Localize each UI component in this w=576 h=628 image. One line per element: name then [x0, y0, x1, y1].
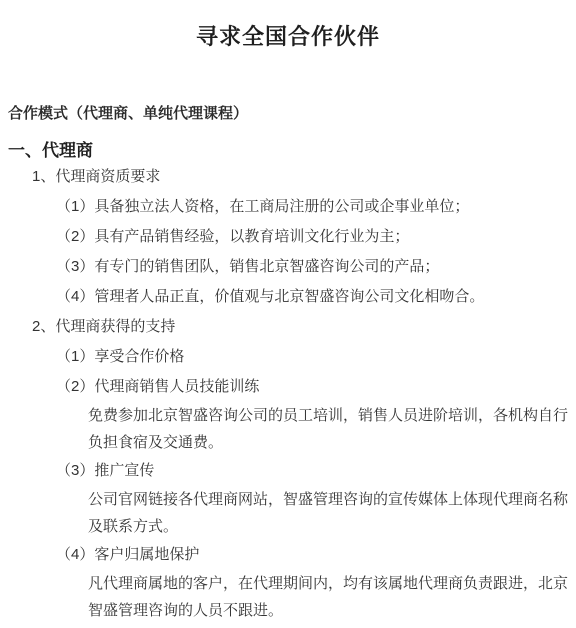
support-item-3-detail-line-2: 及联系方式。 [8, 513, 568, 540]
support-item-2: （2）代理商销售人员技能训练 [8, 372, 568, 402]
support-item-2-detail-line-2: 负担食宿及交通费。 [8, 429, 568, 456]
support-item-4-detail-line-1: 凡代理商属地的客户，在代理期间内，均有该属地代理商负责跟进，北京 [8, 570, 568, 597]
support-item-4-detail-line-2: 智盛管理咨询的人员不跟进。 [8, 597, 568, 624]
qualification-item-2: （2）具有产品销售经验，以教育培训文化行业为主； [8, 222, 568, 252]
qualification-item-4: （4）管理者人品正直，价值观与北京智盛咨询公司文化相吻合。 [8, 282, 568, 312]
doc-title: 寻求全国合作伙伴 [8, 24, 568, 50]
document-page: 寻求全国合作伙伴 合作模式（代理商、单纯代理课程） 一、代理商 1、代理商资质要… [0, 0, 576, 624]
support-item-4: （4）客户归属地保护 [8, 540, 568, 570]
list-item-qualifications: 1、代理商资质要求 [8, 162, 568, 192]
section-heading-agent: 一、代理商 [8, 140, 568, 162]
list-item-support: 2、代理商获得的支持 [8, 312, 568, 342]
support-item-3-detail-line-1: 公司官网链接各代理商网站，智盛管理咨询的宣传媒体上体现代理商名称 [8, 486, 568, 513]
qualification-item-1: （1）具备独立法人资格，在工商局注册的公司或企事业单位； [8, 192, 568, 222]
support-item-2-detail-line-1: 免费参加北京智盛咨询公司的员工培训，销售人员进阶培训，各机构自行 [8, 402, 568, 429]
support-item-3: （3）推广宣传 [8, 456, 568, 486]
cooperation-mode-line: 合作模式（代理商、单纯代理课程） [8, 104, 568, 124]
qualification-item-3: （3）有专门的销售团队，销售北京智盛咨询公司的产品； [8, 252, 568, 282]
support-item-1: （1）享受合作价格 [8, 342, 568, 372]
